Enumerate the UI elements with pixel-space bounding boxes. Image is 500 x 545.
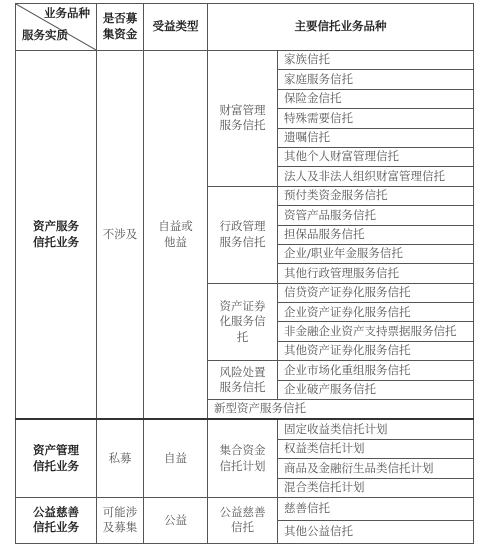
list-item: 企业/职业年金服务信托 [278,244,474,263]
list-item: 商品及金融衍生品类信托计划 [278,459,474,478]
group-admin-management: 行政管理服务信托 [208,186,278,283]
list-item: 其他个人财富管理信托 [278,147,474,166]
fundraising-value: 私募 [97,419,144,497]
header-main-varieties: 主要信托业务品种 [208,4,474,51]
group-risk-disposal: 风险处置服务信托 [208,361,278,400]
trust-business-classification-table: 业务品种 服务实质 是否募集资金 受益类型 主要信托业务品种 资产服务信托业务 … [15,3,474,544]
list-item: 特殊需要信托 [278,109,474,128]
beneficiary-value: 公益 [144,497,208,543]
list-item: 家庭服务信托 [278,70,474,89]
header-service-nature: 服务实质 [22,28,68,44]
list-item: 企业资产证券化服务信托 [278,303,474,322]
list-item: 资管产品服务信托 [278,206,474,225]
list-item: 企业市场化重组服务信托 [278,361,474,380]
category-charity: 公益慈善信托业务 [16,497,97,543]
header-fundraising: 是否募集资金 [97,4,144,51]
group-securitization: 资产证券化服务信托 [208,283,278,361]
list-item: 权益类信托计划 [278,439,474,458]
header-business-variety: 业务品种 [44,6,90,22]
category-asset-service: 资产服务信托业务 [16,51,97,420]
list-item: 非金融企业资产支持票据服务信托 [278,322,474,341]
new-asset-service-trust: 新型资产服务信托 [208,400,474,420]
list-item: 法人及非法人组织财富管理信托 [278,167,474,186]
list-item: 慈善信托 [278,497,474,520]
list-item: 信贷资产证券化服务信托 [278,283,474,302]
list-item: 固定收益类信托计划 [278,419,474,439]
group-collective-fund: 集合资金信托计划 [208,419,278,497]
group-charity-trust: 公益慈善信托 [208,497,278,543]
header-row: 业务品种 服务实质 是否募集资金 受益类型 主要信托业务品种 [16,4,474,51]
list-item: 混合类信托计划 [278,478,474,497]
table-row: 资产服务信托业务 不涉及 自益或他益 财富管理服务信托 家族信托 [16,51,474,70]
list-item: 其他行政管理服务信托 [278,264,474,283]
list-item: 家族信托 [278,51,474,70]
list-item: 企业破产服务信托 [278,380,474,399]
beneficiary-value: 自益 [144,419,208,497]
list-item: 遗嘱信托 [278,128,474,147]
beneficiary-value: 自益或他益 [144,51,208,420]
list-item: 担保品服务信托 [278,225,474,244]
category-asset-management: 资产管理信托业务 [16,419,97,497]
list-item: 保险金信托 [278,89,474,108]
list-item: 其他资产证券化服务信托 [278,341,474,360]
list-item: 预付类资金服务信托 [278,186,474,205]
diagonal-header-cell: 业务品种 服务实质 [16,4,97,51]
fundraising-value: 不涉及 [97,51,144,420]
group-wealth-management: 财富管理服务信托 [208,51,278,187]
fundraising-value: 可能涉及募集 [97,497,144,543]
list-item: 其他公益信托 [278,520,474,543]
header-beneficiary-type: 受益类型 [144,4,208,51]
